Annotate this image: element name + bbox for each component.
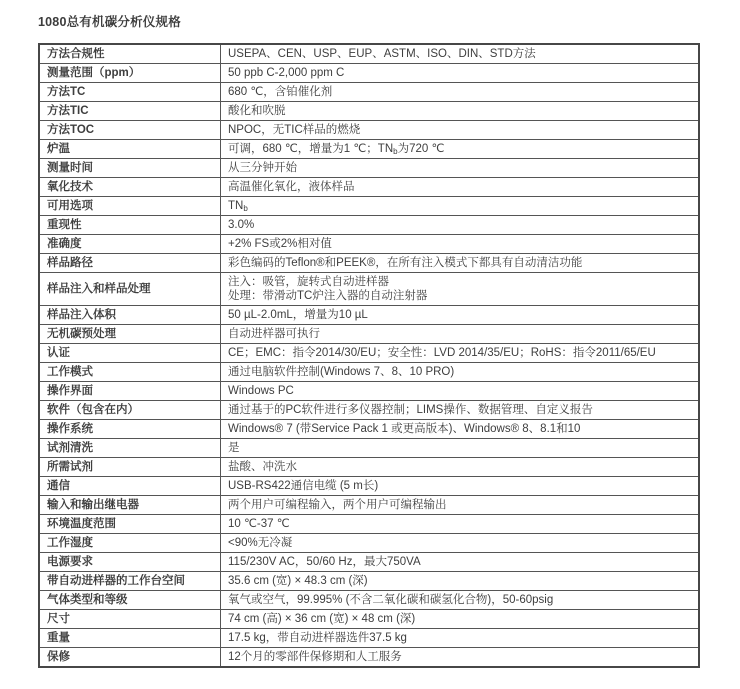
spec-label-cell: 所需试剂 xyxy=(39,458,221,477)
spec-value-text: USEPA、CEN、USP、EUP、ASTM、ISO、DIN、STD方法 xyxy=(228,48,536,60)
spec-value-cell: 氧气或空气，99.995% (不含二氧化碳和碳氢化合物)，50-60psig xyxy=(221,591,700,610)
spec-label-cell: 重现性 xyxy=(39,216,221,235)
spec-value-cell: 680 ℃，含铂催化剂 xyxy=(221,83,700,102)
spec-label-cell: 测量时间 xyxy=(39,159,221,178)
spec-value-text: Windows PC xyxy=(228,385,294,397)
spec-label-cell: 气体类型和等级 xyxy=(39,591,221,610)
spec-value-cell: 12个月的零部件保修期和人工服务 xyxy=(221,648,700,668)
table-row: 环境温度范围10 ℃-37 ℃ xyxy=(39,515,699,534)
spec-value-cell: 通过基于的PC软件进行多仪器控制；LIMS操作、数据管理、自定义报告 xyxy=(221,401,700,420)
spec-label-cell: 输入和输出继电器 xyxy=(39,496,221,515)
table-row: 电源要求115/230V AC，50/60 Hz，最大750VA xyxy=(39,553,699,572)
spec-label-cell: 环境温度范围 xyxy=(39,515,221,534)
table-row: 炉温可调，680 ℃，增量为1 ℃；TNb为720 ℃ xyxy=(39,140,699,159)
spec-label-cell: 操作界面 xyxy=(39,382,221,401)
spec-value-cell: 17.5 kg，带自动进样器选件37.5 kg xyxy=(221,629,700,648)
spec-value-text: 从三分钟开始 xyxy=(228,162,297,174)
spec-value-text: USB-RS422通信电缆 (5 m长) xyxy=(228,480,378,492)
table-row: 操作系统Windows® 7 (带Service Pack 1 或更高版本)、W… xyxy=(39,420,699,439)
spec-value-cell: Windows® 7 (带Service Pack 1 或更高版本)、Windo… xyxy=(221,420,700,439)
spec-value-text: Windows® 7 (带Service Pack 1 或更高版本)、Windo… xyxy=(228,423,580,435)
table-row: 氧化技术高温催化氧化，液体样品 xyxy=(39,178,699,197)
spec-value-text: 50 ppb C-2,000 ppm C xyxy=(228,67,344,79)
spec-value-cell: 注入：吸管，旋转式自动进样器处理：带滑动TC炉注入器的自动注射器 xyxy=(221,273,700,306)
spec-value-text: NPOC，无TIC样品的燃烧 xyxy=(228,124,360,136)
table-row: 保修12个月的零部件保修期和人工服务 xyxy=(39,648,699,668)
spec-value-cell: NPOC，无TIC样品的燃烧 xyxy=(221,121,700,140)
table-row: 方法TIC酸化和吹脱 xyxy=(39,102,699,121)
table-row: 所需试剂盐酸、冲洗水 xyxy=(39,458,699,477)
table-row: 样品注入体积50 µL-2.0mL，增量为10 µL xyxy=(39,306,699,325)
spec-value-cell: USEPA、CEN、USP、EUP、ASTM、ISO、DIN、STD方法 xyxy=(221,44,700,64)
table-row: 试剂清洗是 xyxy=(39,439,699,458)
spec-label-cell: 保修 xyxy=(39,648,221,668)
spec-label-cell: 工作湿度 xyxy=(39,534,221,553)
spec-value-text: 彩色编码的Teflon®和PEEK®，在所有注入模式下都具有自动清洁功能 xyxy=(228,257,582,269)
spec-label-cell: 通信 xyxy=(39,477,221,496)
spec-value-cell: 3.0% xyxy=(221,216,700,235)
spec-value-cell: 高温催化氧化，液体样品 xyxy=(221,178,700,197)
spec-value-text: 通过电脑软件控制(Windows 7、8、10 PRO) xyxy=(228,366,454,378)
spec-label-cell: 认证 xyxy=(39,344,221,363)
spec-label-cell: 试剂清洗 xyxy=(39,439,221,458)
table-row: 通信USB-RS422通信电缆 (5 m长) xyxy=(39,477,699,496)
spec-label-cell: 氧化技术 xyxy=(39,178,221,197)
spec-value-text: 高温催化氧化，液体样品 xyxy=(228,181,355,193)
spec-label-cell: 带自动进样器的工作台空间 xyxy=(39,572,221,591)
spec-value-text: CE；EMC：指令2014/30/EU；安全性：LVD 2014/35/EU；R… xyxy=(228,347,656,359)
spec-value-cell: 115/230V AC，50/60 Hz，最大750VA xyxy=(221,553,700,572)
spec-value-text: 注入：吸管，旋转式自动进样器 xyxy=(228,276,389,288)
spec-value-cell: 彩色编码的Teflon®和PEEK®，在所有注入模式下都具有自动清洁功能 xyxy=(221,254,700,273)
spec-value-text: 35.6 cm (宽) × 48.3 cm (深) xyxy=(228,575,368,587)
spec-value-cell: Windows PC xyxy=(221,382,700,401)
table-row: 方法TC680 ℃，含铂催化剂 xyxy=(39,83,699,102)
spec-value-text: 3.0% xyxy=(228,219,254,231)
table-row: 方法TOCNPOC，无TIC样品的燃烧 xyxy=(39,121,699,140)
spec-value-cell: 50 µL-2.0mL，增量为10 µL xyxy=(221,306,700,325)
spec-label-cell: 无机碳预处理 xyxy=(39,325,221,344)
spec-value-cell: 酸化和吹脱 xyxy=(221,102,700,121)
table-row: 输入和输出继电器两个用户可编程输入，两个用户可编程输出 xyxy=(39,496,699,515)
spec-value-text: 处理：带滑动TC炉注入器的自动注射器 xyxy=(228,290,427,302)
spec-value-cell: 可调，680 ℃，增量为1 ℃；TNb为720 ℃ xyxy=(221,140,700,159)
table-row: 重现性3.0% xyxy=(39,216,699,235)
spec-value-cell: 50 ppb C-2,000 ppm C xyxy=(221,64,700,83)
spec-label-cell: 软件（包含在内） xyxy=(39,401,221,420)
spec-label-cell: 方法TIC xyxy=(39,102,221,121)
spec-label-cell: 可用选项 xyxy=(39,197,221,216)
spec-value-text: TN xyxy=(228,200,243,212)
spec-label-cell: 样品路径 xyxy=(39,254,221,273)
spec-value-text: 17.5 kg，带自动进样器选件37.5 kg xyxy=(228,632,407,644)
spec-value-text: 两个用户可编程输入，两个用户可编程输出 xyxy=(228,499,447,511)
table-row: 方法合规性USEPA、CEN、USP、EUP、ASTM、ISO、DIN、STD方… xyxy=(39,44,699,64)
spec-value-cell: 盐酸、冲洗水 xyxy=(221,458,700,477)
spec-label-cell: 电源要求 xyxy=(39,553,221,572)
spec-value-text: 是 xyxy=(228,442,240,454)
spec-label-cell: 准确度 xyxy=(39,235,221,254)
spec-value-text: 通过基于的PC软件进行多仪器控制；LIMS操作、数据管理、自定义报告 xyxy=(228,404,593,416)
spec-value-text: 115/230V AC，50/60 Hz，最大750VA xyxy=(228,556,421,568)
page-title: 1080总有机碳分析仪规格 xyxy=(38,12,700,30)
table-row: 测量时间从三分钟开始 xyxy=(39,159,699,178)
spec-value-cell: 是 xyxy=(221,439,700,458)
spec-sheet-page: 1080总有机碳分析仪规格 方法合规性USEPA、CEN、USP、EUP、AST… xyxy=(0,0,740,689)
spec-value-cell: USB-RS422通信电缆 (5 m长) xyxy=(221,477,700,496)
spec-value-text: +2% FS或2%相对值 xyxy=(228,238,332,250)
spec-label-cell: 样品注入体积 xyxy=(39,306,221,325)
spec-value-cell: <90%无冷凝 xyxy=(221,534,700,553)
table-row: 无机碳预处理自动进样器可执行 xyxy=(39,325,699,344)
spec-value-subscript: b xyxy=(243,204,247,213)
spec-value-text: 74 cm (高) × 36 cm (宽) × 48 cm (深) xyxy=(228,613,415,625)
table-row: 操作界面Windows PC xyxy=(39,382,699,401)
spec-label-cell: 方法TC xyxy=(39,83,221,102)
spec-value-text: <90%无冷凝 xyxy=(228,537,292,549)
spec-value-text: 680 ℃，含铂催化剂 xyxy=(228,86,332,98)
spec-table-body: 方法合规性USEPA、CEN、USP、EUP、ASTM、ISO、DIN、STD方… xyxy=(39,44,699,667)
spec-value-cell: CE；EMC：指令2014/30/EU；安全性：LVD 2014/35/EU；R… xyxy=(221,344,700,363)
spec-label-cell: 炉温 xyxy=(39,140,221,159)
spec-value-cell: 自动进样器可执行 xyxy=(221,325,700,344)
spec-label-cell: 重量 xyxy=(39,629,221,648)
spec-value-text: 12个月的零部件保修期和人工服务 xyxy=(228,651,402,663)
spec-value-cell: +2% FS或2%相对值 xyxy=(221,235,700,254)
table-row: 准确度+2% FS或2%相对值 xyxy=(39,235,699,254)
spec-label-cell: 工作模式 xyxy=(39,363,221,382)
spec-value-cell: 74 cm (高) × 36 cm (宽) × 48 cm (深) xyxy=(221,610,700,629)
spec-value-cell: 35.6 cm (宽) × 48.3 cm (深) xyxy=(221,572,700,591)
table-row: 样品注入和样品处理注入：吸管，旋转式自动进样器处理：带滑动TC炉注入器的自动注射… xyxy=(39,273,699,306)
spec-label-cell: 尺寸 xyxy=(39,610,221,629)
table-row: 软件（包含在内）通过基于的PC软件进行多仪器控制；LIMS操作、数据管理、自定义… xyxy=(39,401,699,420)
spec-value-cell: 通过电脑软件控制(Windows 7、8、10 PRO) xyxy=(221,363,700,382)
spec-value-text: 50 µL-2.0mL，增量为10 µL xyxy=(228,309,368,321)
table-row: 认证CE；EMC：指令2014/30/EU；安全性：LVD 2014/35/EU… xyxy=(39,344,699,363)
spec-label-cell: 测量范围（ppm） xyxy=(39,64,221,83)
table-row: 可用选项TNb xyxy=(39,197,699,216)
table-row: 尺寸74 cm (高) × 36 cm (宽) × 48 cm (深) xyxy=(39,610,699,629)
spec-label-cell: 方法合规性 xyxy=(39,44,221,64)
spec-value-text: 自动进样器可执行 xyxy=(228,328,320,340)
table-row: 重量17.5 kg，带自动进样器选件37.5 kg xyxy=(39,629,699,648)
table-row: 工作湿度<90%无冷凝 xyxy=(39,534,699,553)
spec-table: 方法合规性USEPA、CEN、USP、EUP、ASTM、ISO、DIN、STD方… xyxy=(38,43,700,668)
spec-label-cell: 样品注入和样品处理 xyxy=(39,273,221,306)
spec-value-cell: TNb xyxy=(221,197,700,216)
spec-label-cell: 操作系统 xyxy=(39,420,221,439)
spec-value-text: 可调，680 ℃，增量为1 ℃；TN xyxy=(228,143,393,155)
spec-value-cell: 两个用户可编程输入，两个用户可编程输出 xyxy=(221,496,700,515)
spec-value-cell: 10 ℃-37 ℃ xyxy=(221,515,700,534)
table-row: 样品路径彩色编码的Teflon®和PEEK®，在所有注入模式下都具有自动清洁功能 xyxy=(39,254,699,273)
table-row: 工作模式通过电脑软件控制(Windows 7、8、10 PRO) xyxy=(39,363,699,382)
table-row: 气体类型和等级氧气或空气，99.995% (不含二氧化碳和碳氢化合物)，50-6… xyxy=(39,591,699,610)
spec-value-cell: 从三分钟开始 xyxy=(221,159,700,178)
spec-label-cell: 方法TOC xyxy=(39,121,221,140)
spec-value-text: 为720 ℃ xyxy=(398,143,445,155)
spec-value-text: 10 ℃-37 ℃ xyxy=(228,518,290,530)
table-row: 带自动进样器的工作台空间35.6 cm (宽) × 48.3 cm (深) xyxy=(39,572,699,591)
spec-value-text: 酸化和吹脱 xyxy=(228,105,286,117)
table-row: 测量范围（ppm）50 ppb C-2,000 ppm C xyxy=(39,64,699,83)
spec-value-text: 盐酸、冲洗水 xyxy=(228,461,297,473)
spec-value-text: 氧气或空气，99.995% (不含二氧化碳和碳氢化合物)，50-60psig xyxy=(228,594,553,606)
